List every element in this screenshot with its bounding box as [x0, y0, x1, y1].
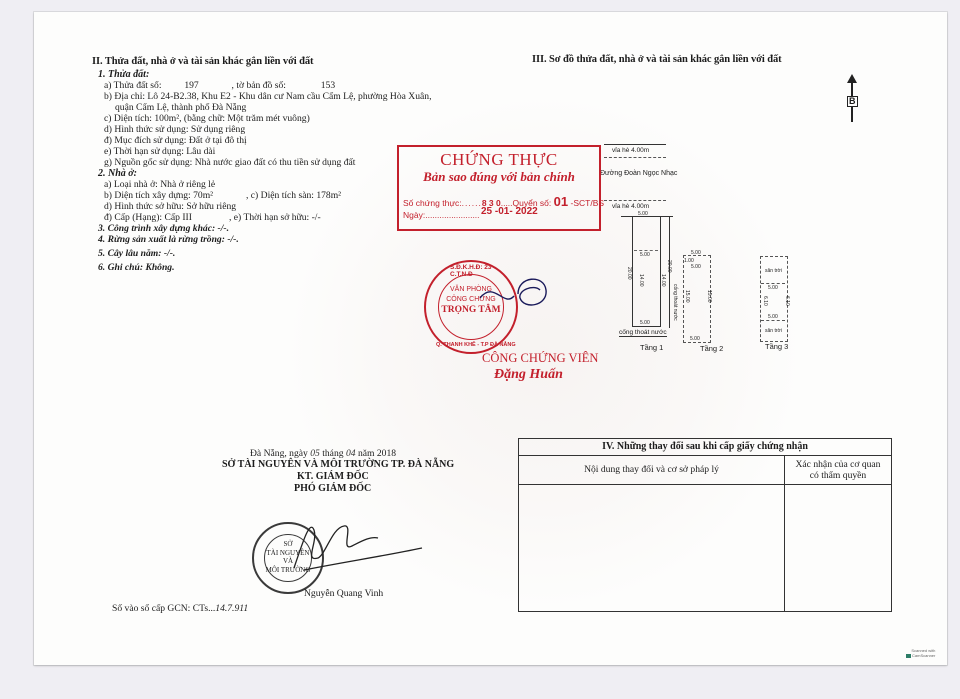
notary-role: CÔNG CHỨNG VIÊN — [482, 351, 598, 366]
floor-1-bottom-width: 5.00 — [640, 320, 650, 326]
floor-2-length-right: 15.00 — [706, 290, 712, 303]
floor-1-drain-bottom: cống thoát nước — [619, 329, 667, 337]
camscanner-logo-icon — [906, 654, 911, 658]
floor-2-length-left: 15.00 — [684, 290, 690, 303]
floor-1-label: Tầng 1 — [640, 343, 663, 352]
document-page: II. Thửa đất, nhà ở và tài sản khác gắn … — [34, 12, 947, 665]
signer-name: Nguyễn Quang Vinh — [304, 588, 383, 599]
changes-column-header: Nội dung thay đổi và cơ sở pháp lý — [519, 455, 785, 485]
authority-header-line-1: Xác nhận của cơ quan — [785, 459, 891, 470]
note: 6. Ghi chú: Không. — [98, 262, 175, 273]
floor-3-terrace-bottom: sân trời — [765, 328, 782, 334]
floor-2-inner-width: 5.00 — [691, 264, 701, 270]
house-heading: 2. Nhà ở: — [98, 168, 137, 179]
plot-number: 197 — [184, 80, 198, 91]
cert-title: CHỨNG THỰC — [399, 150, 599, 170]
house-grade: đ) Cấp (Hạng): Cấp III — [104, 212, 192, 223]
notary-signature — [474, 268, 554, 318]
authority-column-header: Xác nhận của cơ quan có thẩm quyền — [785, 455, 891, 485]
address-line-1: b) Địa chỉ: Lô 24-B2.38, Khu E2 - Khu dâ… — [104, 91, 431, 102]
usage-form: d) Hình thức sử dụng: Sử dụng riêng — [104, 124, 245, 135]
sidewalk-top-label: vỉa hè 4.00m — [612, 147, 649, 154]
role-line-1: KT. GIÁM ĐỐC — [297, 471, 369, 482]
floor-1-side-length: 20.00 — [666, 260, 672, 273]
house-type: a) Loại nhà ở: Nhà ở riêng lẻ — [104, 179, 215, 190]
north-label: B — [847, 96, 858, 107]
floor-1-length-outer: 20.00 — [626, 267, 632, 280]
section-4-title: IV. Những thay đổi sau khi cấp giấy chứn… — [519, 439, 891, 456]
map-number: 153 — [321, 80, 335, 91]
badge-line-2: CamScanner — [912, 653, 935, 658]
registry-value: 14.7.911 — [215, 603, 248, 614]
registry-label: Số vào sổ cấp GCN: CTs... — [112, 603, 215, 614]
cert-subtitle: Bản sao đúng với bản chính — [399, 169, 599, 185]
section-2-title: II. Thửa đất, nhà ở và tài sản khác gắn … — [92, 56, 313, 67]
planted-forest: 4. Rừng sản xuất là rừng trồng: -/-. — [98, 234, 239, 245]
cert-book-suffix: -SCT/BS — [571, 198, 605, 208]
floor-3-terrace-top: sân trời — [765, 268, 782, 274]
notary-name: Đặng Huấn — [494, 367, 563, 383]
floor-1-drain-side: cống thoát nước — [672, 284, 678, 321]
floor-3-length-right: 6.10 — [784, 296, 790, 306]
usage-purpose: đ) Mục đích sử dụng: Đất ở tại đô thị — [104, 135, 247, 146]
perennial-trees: 5. Cây lâu năm: -/-. — [98, 248, 175, 259]
build-area: b) Diện tích xây dựng: 70m² — [104, 190, 213, 201]
issue-date: Đà Nẵng, ngày 05 tháng 04 năm 2018 — [250, 448, 396, 459]
authority-header-line-2: có thẩm quyền — [785, 470, 891, 481]
floor-3-width-top: 5.00 — [768, 285, 778, 291]
issue-year: năm 2018 — [358, 448, 396, 459]
issuing-agency: SỞ TÀI NGUYÊN VÀ MÔI TRƯỜNG TP. ĐÀ NẴNG — [222, 459, 454, 470]
floor-1-length-inner: 14.00 — [638, 274, 644, 287]
lot-top-line — [604, 144, 666, 145]
floor-3-label: Tầng 3 — [765, 342, 788, 351]
registry-number: Số vào sổ cấp GCN: CTs...14.7.911 — [112, 603, 248, 614]
camscanner-badge: Scanned with CamScanner — [906, 648, 935, 658]
floor-area: , c) Diện tích sàn: 178m² — [246, 190, 341, 201]
ownership-term: , e) Thời hạn sở hữu: -/- — [229, 212, 321, 223]
certification-stamp: CHỨNG THỰC Bản sao đúng với bản chính Số… — [397, 145, 601, 231]
cert-date-row: Ngày:....................... 25 -01- 202… — [403, 210, 480, 220]
floor-2-bottom-width: 5.00 — [690, 336, 700, 342]
cert-number-label: Số chứng thực: — [403, 198, 462, 208]
other-construction: 3. Công trình xây dựng khác: -/-. — [98, 223, 229, 234]
table-column-divider — [784, 485, 785, 611]
date-prefix: Đà Nẵng, ngày — [250, 448, 308, 459]
floor-1-inner-width: 5.00 — [640, 252, 650, 258]
cert-book: 01 — [554, 194, 568, 209]
usage-origin: g) Nguồn gốc sử dụng: Nhà nước giao đất … — [104, 157, 355, 168]
address-line-2: quận Cẩm Lệ, thành phố Đà Nẵng — [115, 102, 246, 113]
floor-1-side-inner: 14.00 — [660, 274, 666, 287]
cert-date: 25 -01- 2022 — [481, 206, 538, 217]
arrow-up-icon — [847, 74, 857, 83]
official-signature — [274, 518, 424, 578]
sidewalk-bottom-label: vỉa hè 4.00m — [612, 203, 649, 210]
land-heading: 1. Thửa đất: — [98, 69, 149, 80]
floor-3-length-left: 6.10 — [762, 296, 768, 306]
plot-number-row: a) Thửa đất số: 197 , tờ bản đồ số: 153 — [104, 80, 335, 91]
issue-day: 05 — [310, 448, 320, 459]
seal-ring-bottom: Q. THANH KHÊ - T.P ĐÀ NẴNG — [436, 342, 516, 348]
month-label: tháng — [322, 448, 343, 459]
changes-table: IV. Những thay đổi sau khi cấp giấy chứn… — [518, 438, 892, 612]
floor-2-top-width: 5.00 — [691, 250, 701, 256]
usage-term: e) Thời hạn sử dụng: Lâu dài — [104, 146, 215, 157]
floor-2-label: Tầng 2 — [700, 344, 723, 353]
role-line-2: PHÓ GIÁM ĐỐC — [294, 483, 371, 494]
sidewalk-bottom-edge — [604, 200, 666, 201]
map-number-label: , tờ bản đồ số: — [232, 80, 286, 91]
issue-month: 04 — [346, 448, 356, 459]
street-label: Đường Đoàn Ngọc Nhạc — [600, 170, 677, 177]
ownership-form: d) Hình thức sở hữu: Sở hữu riêng — [104, 201, 236, 212]
sidewalk-top-edge — [604, 157, 666, 158]
land-area: c) Diện tích: 100m², (bằng chữ: Một trăm… — [104, 113, 310, 124]
section-3-title: III. Sơ đồ thửa đất, nhà ở và tài sản kh… — [532, 54, 782, 65]
cert-date-label: Ngày: — [403, 210, 425, 220]
plot-number-label: a) Thửa đất số: — [104, 80, 162, 91]
